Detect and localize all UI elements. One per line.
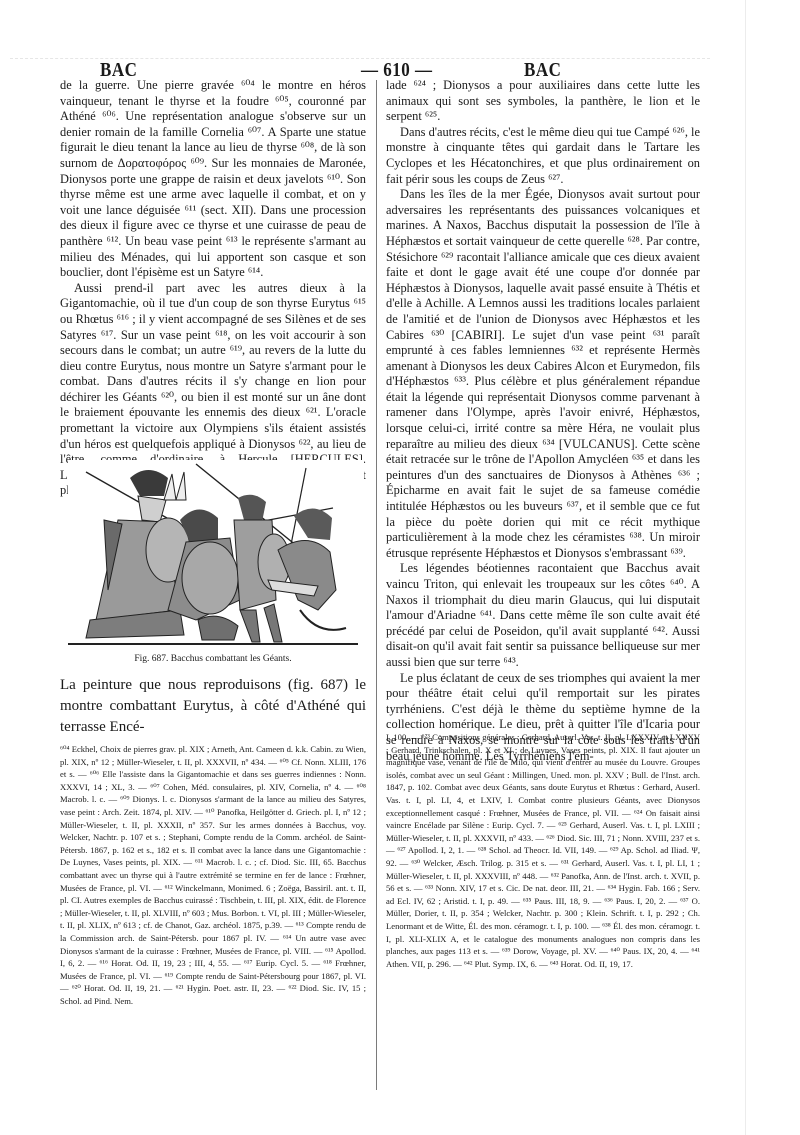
figure-vase-painting (68, 460, 364, 646)
vase-painting-illustration (68, 460, 364, 646)
paragraph: Les légendes béotiennes racontaient que … (386, 561, 700, 670)
paragraph: Dans les îles de la mer Égée, Dionysos a… (386, 187, 700, 561)
footnotes-right: I, 100. — ⁶²³ Compositions générales : G… (386, 731, 700, 970)
paragraph: de la guerre. Une pierre gravée ⁶⁰⁴ le m… (60, 78, 366, 281)
column-divider (376, 80, 377, 1090)
footnotes-left: ⁶⁰⁴ Eckhel, Choix de pierres grav. pl. X… (60, 743, 366, 1007)
paragraph: Dans d'autres récits, c'est le même dieu… (386, 125, 700, 187)
paragraph-after-figure: La peinture que nous reproduisons (fig. … (60, 675, 366, 738)
figure-caption: Fig. 687. Bacchus combattant les Géants. (60, 654, 366, 664)
paragraph: lade ⁶²⁴ ; Dionysos a pour auxiliaires d… (386, 78, 700, 125)
right-column: lade ⁶²⁴ ; Dionysos a pour auxiliaires d… (386, 78, 700, 764)
scan-edge (745, 0, 746, 1135)
left-column: de la guerre. Une pierre gravée ⁶⁰⁴ le m… (60, 78, 366, 499)
dictionary-page: BAC — 610 — BAC de la guerre. Une pierre… (0, 0, 800, 1135)
